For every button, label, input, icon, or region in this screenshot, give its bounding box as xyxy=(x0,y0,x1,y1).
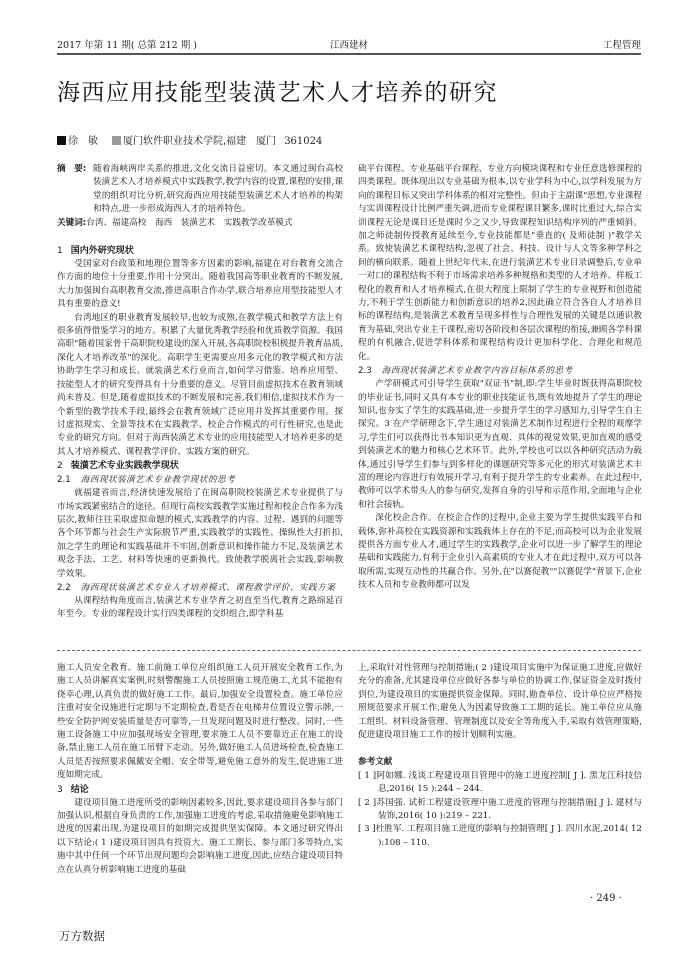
upper-right-column: 础平台课程、专业基础平台课程、专业方向模块课程和专业任意选修课程的四类课程。既体… xyxy=(358,163,642,593)
upper-left-column: 摘 要: 随着海峡两岸关系的推进,文化交流日益密切。本文通过闽台高校装潢艺术人才… xyxy=(57,163,343,622)
reference-item: [ 1 ]阿如娜. 浅谈工程建设项目管理中的施工进度控制[ J ]. 黑龙江科技… xyxy=(358,770,642,797)
references-heading: 参考文献 xyxy=(358,756,642,769)
reference-item: [ 2 ]苏国强. 试析工程建设管理中施工进度的管理与控制措施[ J ]. 建材… xyxy=(358,797,642,824)
author-bullet-icon xyxy=(57,136,66,145)
section-name: 工程管理 xyxy=(603,39,641,53)
paragraph: 就福建省而言,经济快速发展给了在闽高职院校装潢艺术专业提供了与市场实践紧密结合的… xyxy=(57,487,343,581)
abstract-label: 摘 要: xyxy=(57,163,86,176)
paragraph: 从课程结构角度而言,装潢艺术专业孕育之初直至当代,教育之路绵延百年至今。专业的课… xyxy=(57,595,343,622)
keywords: 关键词:台湾、福建高校 海西 装潢艺术 实践教学改革模式 xyxy=(57,217,343,230)
subsection-heading-2-1: 2.1海西现状装潢艺术专业教学现状的思考 xyxy=(57,473,343,487)
subsection-heading-2-2: 2.2海西现状装潢艺术专业人才培养模式、课程教学评价、实践方案 xyxy=(57,581,343,595)
paragraph: 上,采取针对性管理与控制措施;( 2 )建设项目实施中为保证施工进度,应做好充分… xyxy=(358,662,642,742)
author-zip: 361024 xyxy=(284,136,322,147)
section-heading-3: 3结论 xyxy=(57,783,343,797)
reference-item: [ 3 ]杜胜军. 工程项目施工进度的影响与控制管理[ J ]. 四川水泥,20… xyxy=(358,823,642,850)
abstract: 摘 要: 随着海峡两岸关系的推进,文化交流日益密切。本文通过闽台高校装潢艺术人才… xyxy=(57,163,343,217)
abstract-text: 随着海峡两岸关系的推进,文化交流日益密切。本文通过闽台高校装潢艺术人才培养模式中… xyxy=(93,164,343,214)
paragraph: 受国家对台政策和地理位置等多方因素的影响,福建在对台教育交流合作方面的地位十分重… xyxy=(57,258,343,312)
paragraph: 础平台课程、专业基础平台课程、专业方向模块课程和专业任意选修课程的四类课程。既体… xyxy=(358,163,642,364)
wanfang-watermark: 万方数据 xyxy=(59,928,105,944)
paragraph: 建设项目施工进度所受的影响因素较多,因此,要求建设项目各参与部门加强认识,根据自… xyxy=(57,797,343,877)
author-affiliation: 厦门软件职业技术学院,福建 厦门 xyxy=(123,136,276,147)
paragraph: 台湾地区的职业教育发展较早,也较为成熟,在教学模式和教学方法上有很多值得借鉴学习… xyxy=(57,312,343,459)
section-heading-2: 2装潢艺术专业实践教学现状 xyxy=(57,459,343,473)
paragraph: 深化校企合作。在校企合作的过程中,企业主要为学生提供实践平台和载体,弥补高校在实… xyxy=(358,512,642,592)
affiliation-bullet-icon xyxy=(112,136,121,145)
article-title: 海西应用技能型装潢艺术人才培养的研究 xyxy=(57,78,498,108)
author-name: 徐 敏 xyxy=(68,136,98,147)
subsection-heading-2-3: 2.3海西现状装潢艺术专业教学内容目标体系的思考 xyxy=(358,364,642,378)
keywords-label: 关键词: xyxy=(57,218,86,228)
lower-right-column: 上,采取针对性管理与控制措施;( 2 )建设项目实施中为保证施工进度,应做好充分… xyxy=(358,662,642,850)
lower-left-column: 施工人员安全教育。施工前施工单位应组织施工人员开展安全教育工作,为施工人员讲解真… xyxy=(57,662,343,877)
paragraph: 施工人员安全教育。施工前施工单位应组织施工人员开展安全教育工作,为施工人员讲解真… xyxy=(57,662,343,783)
journal-name: 江西建材 xyxy=(57,39,641,53)
article-separator xyxy=(57,650,641,651)
page-number: · 249 · xyxy=(590,893,622,904)
paragraph: 产学研模式可引导学生获取"双证书"制,即:学生毕业时既获得高职院校的毕业证书,同… xyxy=(358,378,642,512)
keywords-text: 台湾、福建高校 海西 装潢艺术 实践教学改革模式 xyxy=(86,218,292,228)
running-header: 2017 年第 11 期( 总第 212 期 ) 江西建材 工程管理 xyxy=(57,39,641,55)
author-line: 徐 敏厦门软件职业技术学院,福建 厦门361024 xyxy=(57,135,322,149)
section-heading-1: 1国内外研究现状 xyxy=(57,244,343,258)
